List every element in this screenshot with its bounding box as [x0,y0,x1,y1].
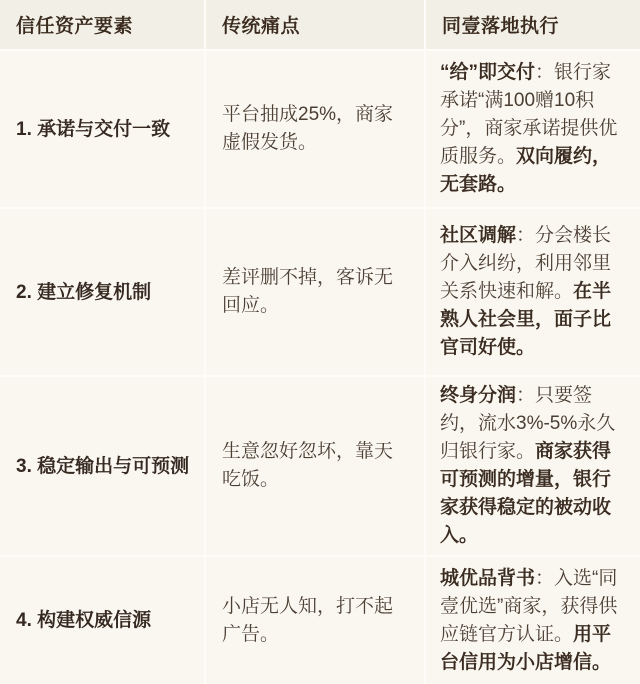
trust-element-cell: 1. 承诺与交付一致 [0,51,204,207]
execution-cell: 终身分润：只要签约，流水3%-5%永久归银行家。商家获得可预测的增量，银行家获得… [426,377,640,555]
pain-point-cell: 生意忽好忽坏，靠天吃饭。 [206,377,424,555]
pain-point-cell: 小店无人知，打不起广告。 [206,557,424,684]
trust-element-cell: 2. 建立修复机制 [0,209,204,375]
execution-cell: “给”即交付：银行家承诺“满100赠10积分”，商家承诺提供优质服务。双向履约，… [426,51,640,207]
execution-bold-segment: 城优品背书 [440,568,535,589]
trust-element-label: 2. 建立修复机制 [16,279,151,306]
header-cell-execution: 同壹落地执行 [426,0,640,49]
pain-point-cell: 平台抽成25%，商家虚假发货。 [206,51,424,207]
trust-element-label: 3. 稳定输出与可预测 [16,453,189,480]
header-cell-pain-point: 传统痛点 [206,0,424,49]
trust-element-label: 1. 承诺与交付一致 [16,116,170,143]
pain-point-text: 小店无人知，打不起广告。 [222,593,410,649]
header-label-pain-point: 传统痛点 [222,11,300,38]
pain-point-text: 生意忽好忽坏，靠天吃饭。 [222,438,410,494]
execution-text: 城优品背书：入选“同壹优选”商家，获得供应链官方认证。用平台信用为小店增信。 [440,565,628,677]
header-cell-trust-element: 信任资产要素 [0,0,204,49]
execution-text: “给”即交付：银行家承诺“满100赠10积分”，商家承诺提供优质服务。双向履约，… [440,59,628,199]
execution-cell: 社区调解：分会楼长介入纠纷，利用邻里关系快速和解。在半熟人社会里，面子比官司好使… [426,209,640,375]
header-label-trust-element: 信任资产要素 [16,11,133,38]
execution-bold-segment: 社区调解 [440,225,516,246]
execution-bold-segment: “给”即交付 [440,62,535,83]
trust-assets-table: 信任资产要素 传统痛点 同壹落地执行 1. 承诺与交付一致 平台抽成25%，商家… [0,0,640,684]
execution-text: 终身分润：只要签约，流水3%-5%永久归银行家。商家获得可预测的增量，银行家获得… [440,382,628,550]
execution-cell: 城优品背书：入选“同壹优选”商家，获得供应链官方认证。用平台信用为小店增信。 [426,557,640,684]
pain-point-text: 平台抽成25%，商家虚假发货。 [222,101,410,157]
trust-element-cell: 4. 构建权威信源 [0,557,204,684]
trust-element-label: 4. 构建权威信源 [16,607,151,634]
execution-bold-segment: 终身分润 [440,385,516,406]
trust-element-cell: 3. 稳定输出与可预测 [0,377,204,555]
execution-text: 社区调解：分会楼长介入纠纷，利用邻里关系快速和解。在半熟人社会里，面子比官司好使… [440,222,628,362]
pain-point-cell: 差评删不掉，客诉无回应。 [206,209,424,375]
header-label-execution: 同壹落地执行 [442,11,559,38]
pain-point-text: 差评删不掉，客诉无回应。 [222,264,410,320]
